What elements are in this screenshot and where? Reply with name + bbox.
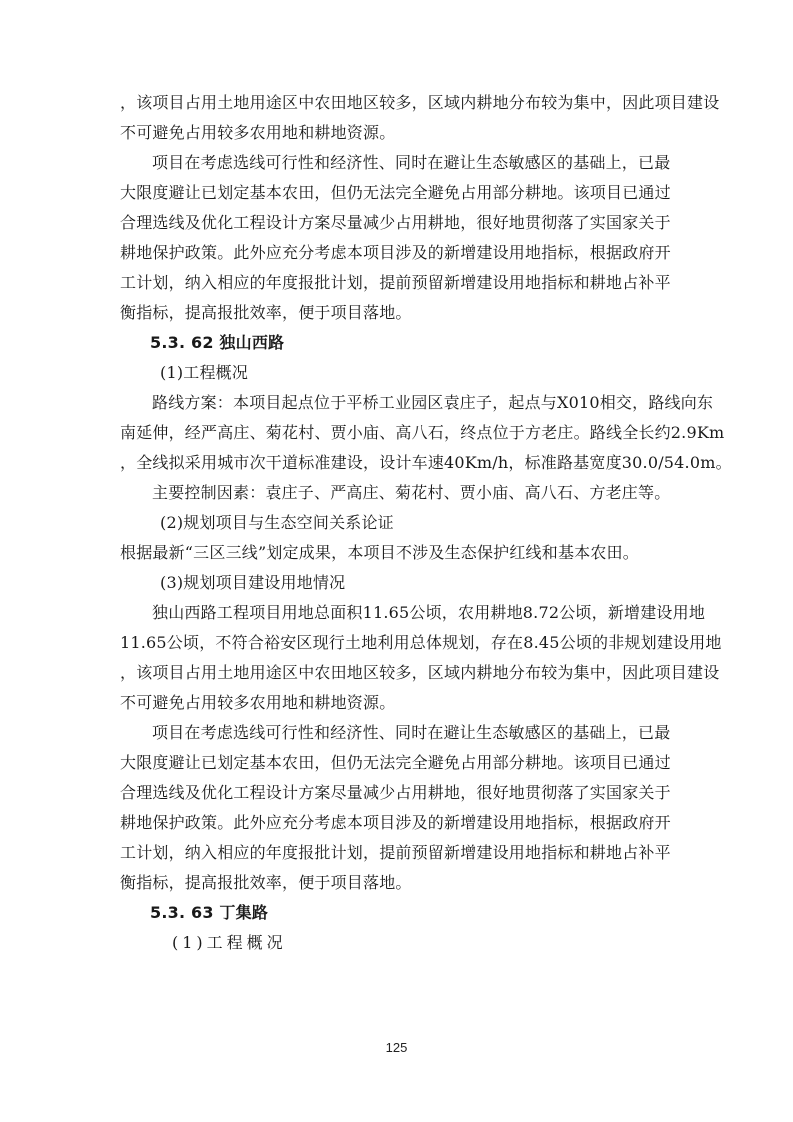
paragraph-line: 南延伸，经严高庄、菊花村、贾小庙、高八石，终点位于方老庄。路线全长约2.9Km	[120, 418, 676, 448]
section-heading-5-3-63: 5.3. 63 丁集路	[120, 898, 676, 928]
paragraph-line: 不可避免占用较多农用地和耕地资源。	[120, 688, 676, 718]
paragraph-line: 合理选线及优化工程设计方案尽量减少占用耕地，很好地贯彻落了实国家关于	[120, 208, 676, 238]
paragraph-line: 项目在考虑选线可行性和经济性、同时在避让生态敏感区的基础上，已最	[120, 148, 676, 178]
paragraph-line: ，该项目占用土地用途区中农田地区较多，区域内耕地分布较为集中，因此项目建设	[120, 88, 676, 118]
paragraph-line: 衡指标，提高报批效率，便于项目落地。	[120, 868, 676, 898]
paragraph-line: 耕地保护政策。此外应充分考虑本项目涉及的新增建设用地指标，根据政府开	[120, 808, 676, 838]
paragraph-line: 工计划，纳入相应的年度报批计划，提前预留新增建设用地指标和耕地占补平	[120, 838, 676, 868]
paragraph-line: 大限度避让已划定基本农田，但仍无法完全避免占用部分耕地。该项目已通过	[120, 748, 676, 778]
subsection-title: (1)工程概况	[120, 358, 676, 388]
paragraph-line: 不可避免占用较多农用地和耕地资源。	[120, 118, 676, 148]
paragraph-line: 路线方案：本项目起点位于平桥工业园区袁庄子，起点与X010相交，路线向东	[120, 388, 676, 418]
paragraph-line: ，全线拟采用城市次干道标准建设，设计车速40Km/h，标准路基宽度30.0/54…	[120, 448, 676, 478]
paragraph-line: 衡指标，提高报批效率，便于项目落地。	[120, 298, 676, 328]
document-body: ，该项目占用土地用途区中农田地区较多，区域内耕地分布较为集中，因此项目建设 不可…	[120, 88, 676, 958]
paragraph-line: ，该项目占用土地用途区中农田地区较多，区域内耕地分布较为集中，因此项目建设	[120, 658, 676, 688]
paragraph-line: 大限度避让已划定基本农田，但仍无法完全避免占用部分耕地。该项目已通过	[120, 178, 676, 208]
paragraph-line: 合理选线及优化工程设计方案尽量减少占用耕地，很好地贯彻落了实国家关于	[120, 778, 676, 808]
subsection-title: (3)规划项目建设用地情况	[120, 568, 676, 598]
paragraph-line: 项目在考虑选线可行性和经济性、同时在避让生态敏感区的基础上，已最	[120, 718, 676, 748]
paragraph-line: 独山西路工程项目用地总面积11.65公顷，农用耕地8.72公顷，新增建设用地	[120, 598, 676, 628]
page-number: 125	[0, 1040, 793, 1055]
subsection-title: (1)工程概况	[120, 928, 676, 958]
paragraph-line: 耕地保护政策。此外应充分考虑本项目涉及的新增建设用地指标，根据政府开	[120, 238, 676, 268]
paragraph-line: 主要控制因素：袁庄子、严高庄、菊花村、贾小庙、高八石、方老庄等。	[120, 478, 676, 508]
paragraph-line: 11.65公顷，不符合裕安区现行土地利用总体规划，存在8.45公顷的非规划建设用…	[120, 628, 676, 658]
paragraph-line: 工计划，纳入相应的年度报批计划，提前预留新增建设用地指标和耕地占补平	[120, 268, 676, 298]
paragraph-line: 根据最新“三区三线”划定成果，本项目不涉及生态保护红线和基本农田。	[120, 538, 676, 568]
section-heading-5-3-62: 5.3. 62 独山西路	[120, 328, 676, 358]
subsection-title: (2)规划项目与生态空间关系论证	[120, 508, 676, 538]
